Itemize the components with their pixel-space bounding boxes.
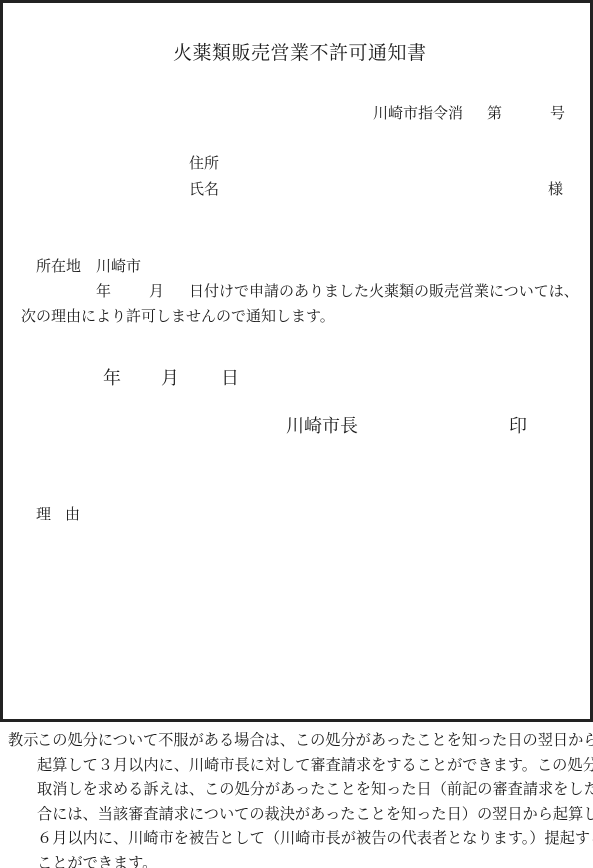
reason-label: 理由 <box>36 507 80 522</box>
issuer-seal: 印 <box>509 418 527 436</box>
location-label: 所在地 <box>36 259 81 274</box>
notice-year: 年 <box>103 370 121 388</box>
appeal-line-6: ことができます。 <box>0 851 593 868</box>
issuer-title: 川崎市長 <box>286 418 358 436</box>
recipient-address-label: 住所 <box>189 156 219 171</box>
reason-label-2: 由 <box>65 507 80 522</box>
recipient-name-label: 氏名 <box>189 182 219 197</box>
appeal-text-1: この処分について不服がある場合は、この処分があったことを知った日の翌日から <box>37 731 593 749</box>
application-month: 月 <box>149 284 164 299</box>
notice-day: 日 <box>221 370 239 388</box>
reason-label-1: 理 <box>36 507 51 522</box>
appeal-line-3: 取消しを求める訴えは、この処分があったことを知った日（前記の審査請求をした場 <box>0 777 593 802</box>
application-sentence: 日付けで申請のありました火薬類の販売営業については、 <box>189 284 579 299</box>
application-year: 年 <box>96 284 111 299</box>
location-value: 川崎市 <box>96 259 141 274</box>
order-number-prefix: 川崎市指令消 <box>373 106 463 121</box>
appeal-label: 教示 <box>8 728 37 753</box>
order-number-go: 号 <box>550 106 565 121</box>
document-title: 火薬類販売営業不許可通知書 <box>173 44 427 63</box>
appeal-instructions: 教示この処分について不服がある場合は、この処分があったことを知った日の翌日から … <box>0 728 593 868</box>
order-number-dai: 第 <box>487 106 502 121</box>
notice-form-frame: 火薬類販売営業不許可通知書 川崎市指令消 第 号 住所 氏名 様 所在地 川崎市… <box>0 0 593 722</box>
appeal-line-1: 教示この処分について不服がある場合は、この処分があったことを知った日の翌日から <box>0 728 593 753</box>
notice-month: 月 <box>161 370 179 388</box>
appeal-line-4: 合には、当該審査請求についての裁決があったことを知った日）の翌日から起算して <box>0 802 593 827</box>
recipient-honorific: 様 <box>548 182 563 197</box>
notice-sentence: 次の理由により許可しませんので通知します。 <box>21 309 335 324</box>
appeal-line-2: 起算して３月以内に、川崎市長に対して審査請求をすることができます。この処分の <box>0 753 593 778</box>
appeal-line-5: ６月以内に、川崎市を被告として（川崎市長が被告の代表者となります。）提起する <box>0 826 593 851</box>
